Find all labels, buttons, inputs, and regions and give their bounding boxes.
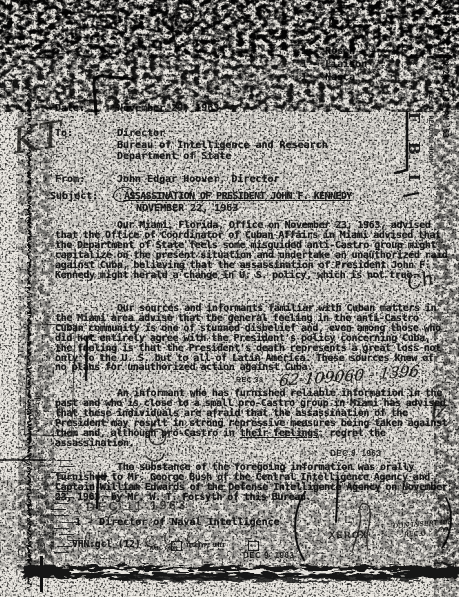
memo-paragraph-1: Our Miami, Florida, Office on November 2… bbox=[55, 221, 448, 280]
subject-label: Subject: bbox=[50, 191, 98, 202]
reading-room-stamp: REC'D READING ROOM bbox=[427, 92, 435, 162]
subject-line1: ASSASSINATION OF PRESIDENT JOHN F. KENNE… bbox=[124, 191, 352, 202]
from-label: From: bbox=[55, 174, 85, 185]
comm-fbi-mark: COMM-FBI bbox=[76, 346, 82, 368]
handwritten-sa-note: 11 2 SA 23 bbox=[396, 487, 435, 495]
dec9-date-stamp: DEC 9 1963 bbox=[330, 449, 381, 458]
paragraph-segment: Our sources and informants familiar with… bbox=[55, 303, 441, 373]
to-bureau: Bureau of Intelligence and Research bbox=[117, 140, 328, 151]
cc-list-item: 1 - Liaison bbox=[301, 58, 367, 71]
paragraph-segment: Our Miami, Florida, Office on November 2… bbox=[55, 220, 447, 281]
fbi-stamp: F B I bbox=[405, 112, 423, 188]
naval-intelligence-line: 1 - Director of Naval Intelligence bbox=[75, 517, 280, 528]
handwritten-signature: Ch bbox=[405, 267, 436, 295]
handwritten-don-insert: DON INSERT DIR bbox=[393, 518, 453, 530]
routing-stamp: TolsonBelmontMohrCasperCallahanConradDeL… bbox=[38, 458, 83, 557]
xerox-stamp: XEROX bbox=[329, 530, 368, 540]
routing-name: Gandy bbox=[38, 550, 83, 556]
date-value: November 29, 1963 bbox=[117, 103, 219, 114]
rec-stamp: REC 38 bbox=[236, 377, 264, 384]
date-label: Date: bbox=[55, 103, 85, 114]
cc-list: 1 - Rosen1 - Liaison1 - Nasca bbox=[301, 45, 367, 84]
received-timestamp: NOV 29 1 31 PM '63 bbox=[441, 52, 450, 138]
teletype-label: TELETYPE UNIT bbox=[186, 544, 225, 550]
memo-paragraph-3: An informant who has furnished reliable … bbox=[55, 389, 459, 448]
scanned-fbi-memo: 1 - Rosen1 - Liaison1 - Nasca NOV 29 1 3… bbox=[0, 0, 459, 597]
routing-name: Callahan bbox=[38, 483, 83, 489]
left-stamp-line: 1 6C60 THP 2 bbox=[33, 327, 45, 433]
faint-mark: 28 LH bbox=[300, 451, 316, 457]
handwritten-initials: KT bbox=[9, 114, 66, 162]
subject-line2: NOVEMBER 22, 1963 bbox=[136, 203, 238, 214]
dec9-bottom-stamp: DEC 9 1963 bbox=[243, 551, 294, 560]
handwritten-recd: REC.O bbox=[404, 529, 426, 538]
memo-paragraph-2: Our sources and informants familiar with… bbox=[55, 304, 449, 373]
routing-name: Sullivan bbox=[38, 520, 83, 526]
paragraph-segment: their feelings bbox=[240, 428, 319, 439]
from-value: John Edgar Hoover, Director bbox=[117, 174, 280, 185]
cc-list-item: 1 - Nasca bbox=[301, 71, 367, 84]
cc-list-item: 1 - Rosen bbox=[301, 45, 367, 58]
to-department: Department of State bbox=[117, 151, 231, 162]
teletype-checkbox bbox=[248, 541, 259, 551]
mail-room-checkbox bbox=[171, 541, 182, 551]
to-recipient: Director bbox=[117, 128, 165, 139]
